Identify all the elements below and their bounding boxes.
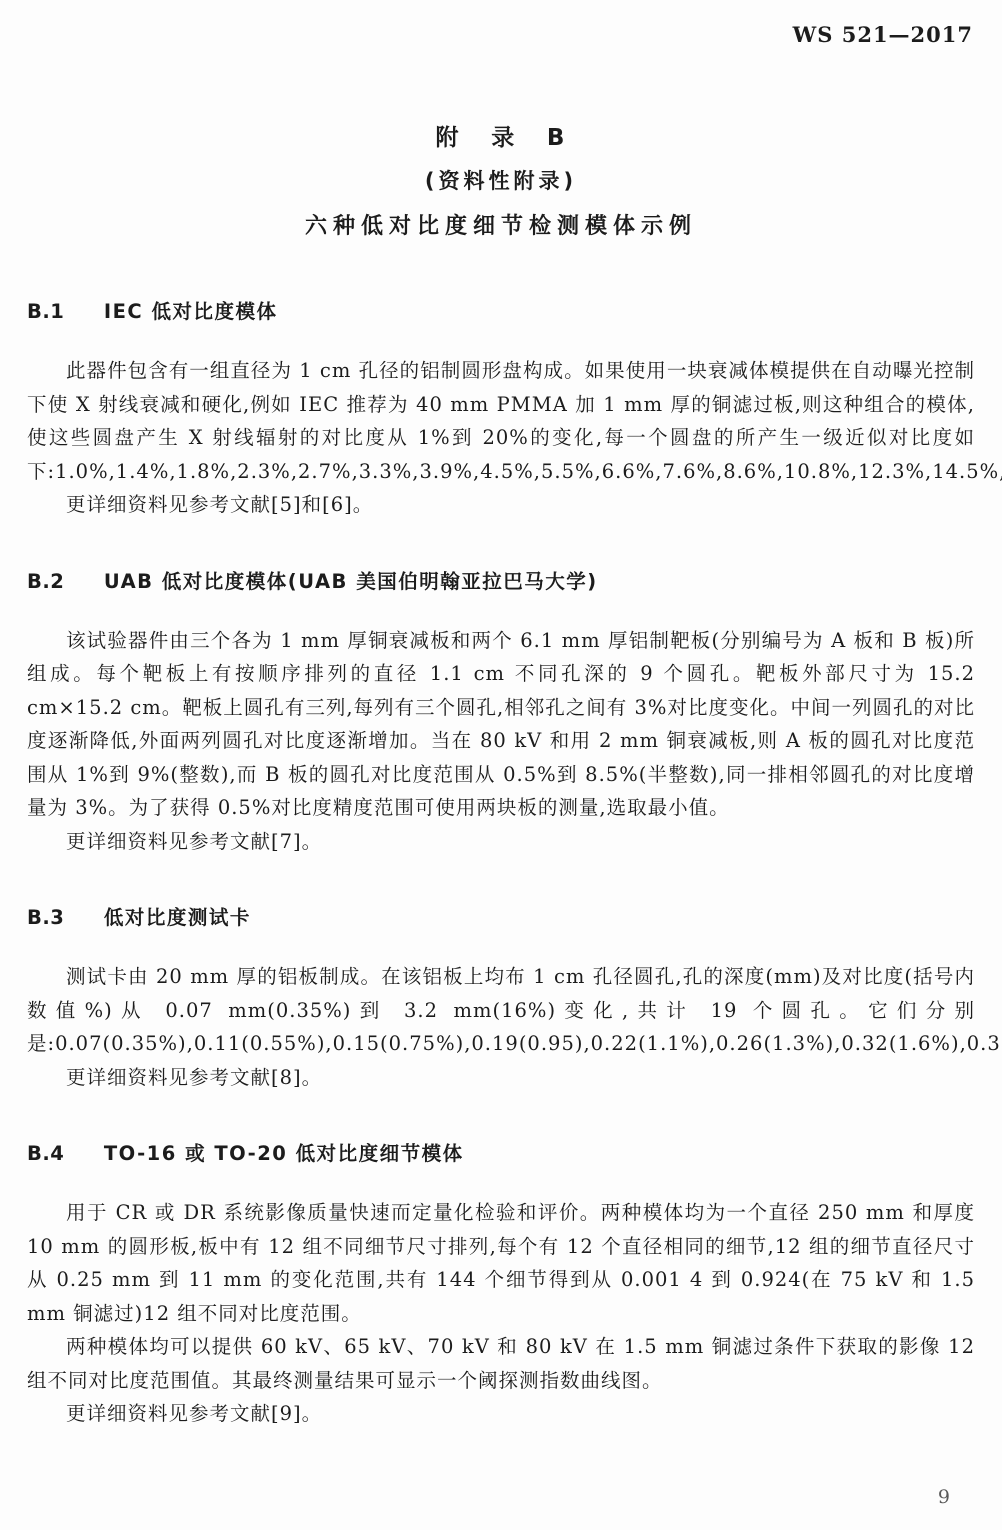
section-title: IEC 低对比度模体 [104,300,278,323]
appendix-type: (资料性附录) [27,165,975,195]
section-b4-paragraph-2: 两种模体均可以提供 60 kV、65 kV、70 kV 和 80 kV 在 1.… [27,1330,975,1397]
section-heading-b3: B.3 低对比度测试卡 [27,902,975,930]
section-b4-reference: 更详细资料见参考文献[9]。 [27,1397,975,1431]
section-number: B.4 [27,1142,64,1165]
section-title: UAB 低对比度模体(UAB 美国伯明翰亚拉巴马大学) [104,570,598,593]
section-b3-paragraph: 测试卡由 20 mm 厚的铝板制成。在该铝板上均布 1 cm 孔径圆孔,孔的深度… [27,960,975,1061]
doc-header: WS 521—2017 [27,22,975,47]
section-heading-b1: B.1 IEC 低对比度模体 [27,296,975,324]
section-b3-reference: 更详细资料见参考文献[8]。 [27,1061,975,1095]
page-number: 9 [938,1486,950,1508]
section-number: B.1 [27,300,64,323]
section-heading-b2: B.2 UAB 低对比度模体(UAB 美国伯明翰亚拉巴马大学) [27,566,975,594]
appendix-title: 附 录 B [27,119,975,152]
section-number: B.2 [27,570,64,593]
appendix-subject: 六种低对比度细节检测模体示例 [27,209,975,240]
section-b2-paragraph: 该试验器件由三个各为 1 mm 厚铜衰减板和两个 6.1 mm 厚铝制靶板(分别… [27,624,975,825]
section-title: 低对比度测试卡 [104,906,251,929]
section-title: TO-16 或 TO-20 低对比度细节模体 [104,1142,464,1165]
doc-number: WS 521—2017 [793,22,973,47]
document-page: WS 521—2017 附 录 B (资料性附录) 六种低对比度细节检测模体示例… [0,0,1002,1530]
section-b1-paragraph: 此器件包含有一组直径为 1 cm 孔径的铝制圆形盘构成。如果使用一块衰减体模提供… [27,354,975,488]
section-b1-reference: 更详细资料见参考文献[5]和[6]。 [27,488,975,522]
section-b4-paragraph-1: 用于 CR 或 DR 系统影像质量快速而定量化检验和评价。两种模体均为一个直径 … [27,1196,975,1330]
section-heading-b4: B.4 TO-16 或 TO-20 低对比度细节模体 [27,1138,975,1166]
section-b2-reference: 更详细资料见参考文献[7]。 [27,825,975,859]
section-number: B.3 [27,906,64,929]
